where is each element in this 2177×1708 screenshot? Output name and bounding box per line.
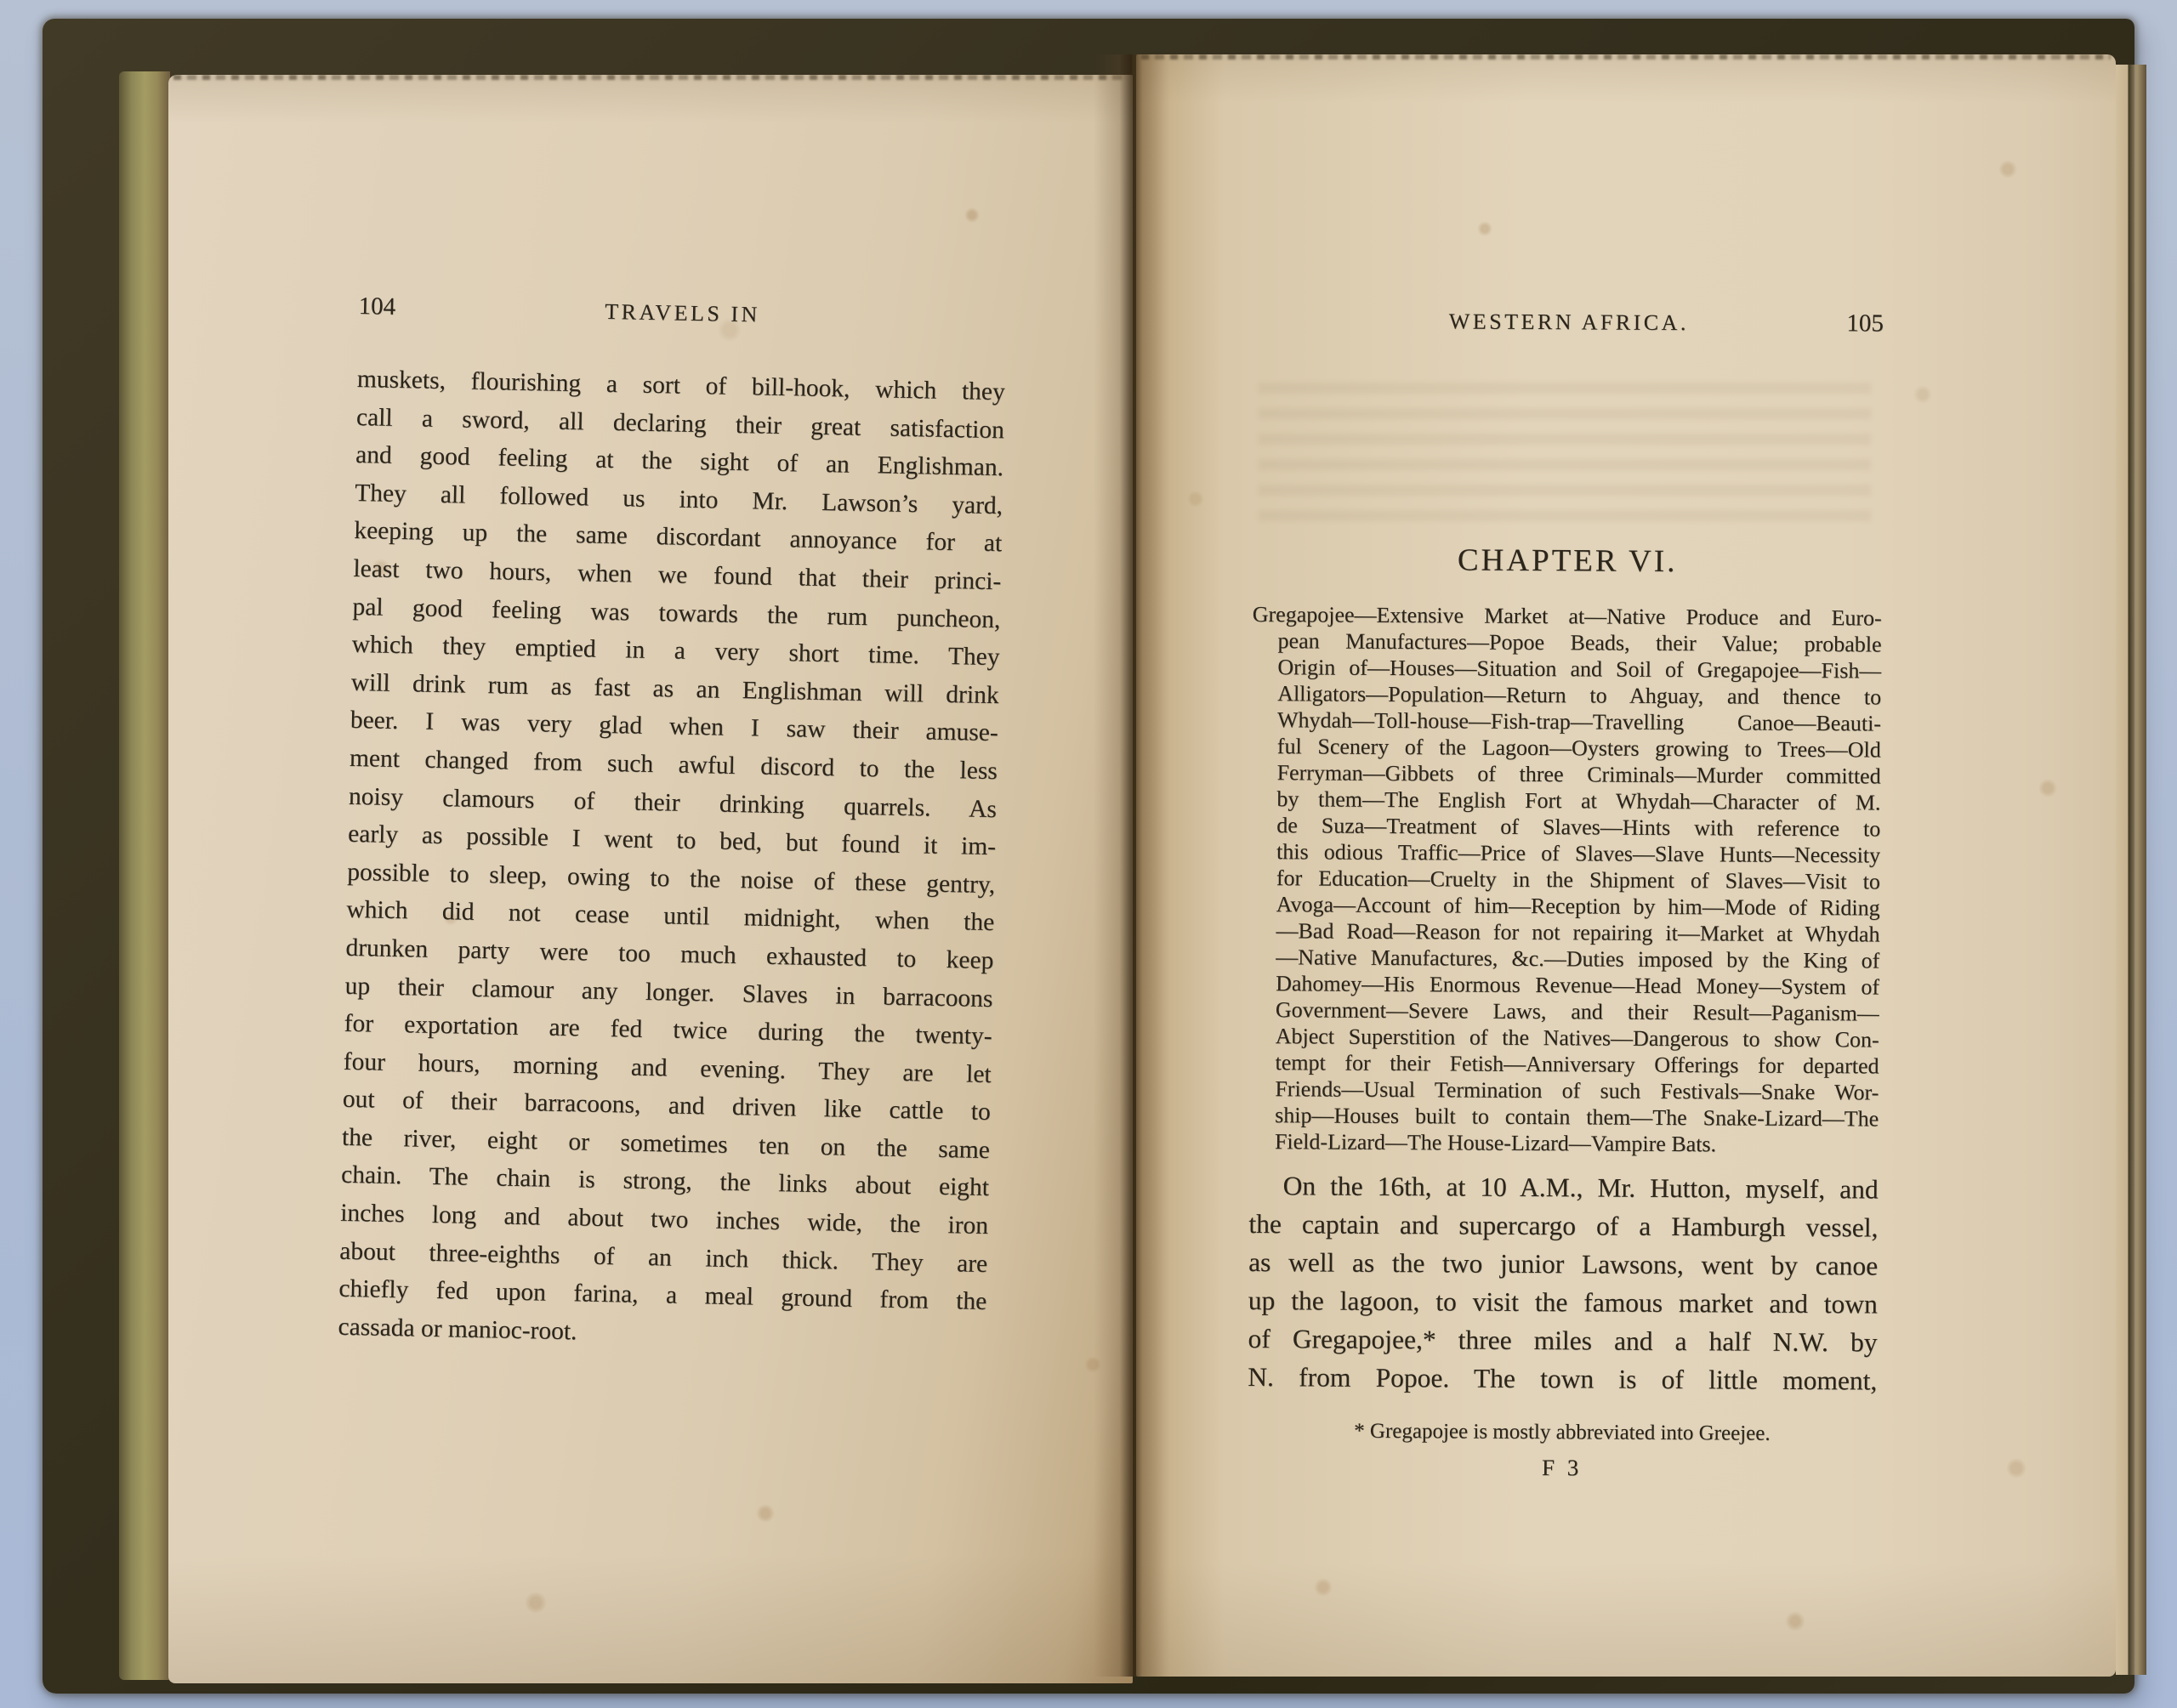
text-line: Government—Severe Laws, and their Result… (1250, 996, 1879, 1027)
page-edges-right (2116, 65, 2146, 1675)
text-line: as well as the two junior Lawsons, went … (1248, 1243, 1878, 1285)
signature-mark: F 3 (1248, 1453, 1877, 1484)
photo-background: 104 TRAVELS IN muskets, flourishing a so… (0, 0, 2177, 1708)
text-line: N. from Popoe. The town is of little mom… (1248, 1358, 1877, 1400)
text-line: this odious Traffic—Price of Slaves—Slav… (1251, 838, 1880, 869)
left-page-content: 104 TRAVELS IN muskets, flourishing a so… (338, 292, 1007, 1359)
text-line: —Native Manufactures, &c.—Duties imposed… (1250, 944, 1879, 974)
text-line: by them—The English Fort at Whydah—Chara… (1251, 786, 1880, 816)
text-line: —Bad Road—Reason for not repairing it—Ma… (1250, 917, 1879, 948)
text-line: pean Manufactures—Popoe Beads, their Val… (1253, 627, 1882, 658)
left-running-title: TRAVELS IN (605, 299, 760, 328)
text-line: ship—Houses built to contain them—The Sn… (1249, 1102, 1879, 1132)
right-page-number: 105 (1846, 309, 1884, 338)
text-line: Gregapojee—Extensive Market at—Native Pr… (1253, 601, 1882, 632)
text-line: Alligators—Population—Return to Ahguay, … (1252, 680, 1881, 711)
book-cover: 104 TRAVELS IN muskets, flourishing a so… (43, 19, 2134, 1694)
left-page-body: muskets, flourishing a sort of bill-hook… (338, 360, 1005, 1359)
text-line: tempt for their Fetish—Anniversary Offer… (1249, 1049, 1879, 1080)
text-line: Field-Lizard—The House-Lizard—Vampire Ba… (1249, 1128, 1879, 1159)
text-line: Avoga—Account of him—Reception by him—Mo… (1251, 891, 1880, 922)
page-edges-left (119, 71, 170, 1680)
right-page-body: On the 16th, at 10 A.M., Mr. Hutton, mys… (1248, 1166, 1879, 1400)
text-line: Origin of—Houses—Situation and Soil of G… (1252, 654, 1881, 684)
text-line: the captain and supercargo of a Hamburgh… (1248, 1205, 1878, 1247)
text-line: de Suza—Treatment of Slaves—Hints with r… (1251, 812, 1880, 843)
chapter-heading: CHAPTER VI. (1253, 541, 1882, 582)
left-page-number: 104 (358, 292, 395, 321)
footnote: * Gregapojee is mostly abbreviated into … (1248, 1419, 1877, 1447)
text-line: ful Scenery of the Lagoon—Oysters growin… (1252, 733, 1881, 763)
text-line: Friends—Usual Termination of such Festiv… (1249, 1075, 1879, 1106)
text-line: for Education—Cruelty in the Shipment of… (1251, 865, 1880, 895)
text-line: of Gregapojee,* three miles and a half N… (1248, 1319, 1877, 1362)
text-line: Ferryman—Gibbets of three Criminals—Murd… (1252, 759, 1881, 790)
right-running-title: WESTERN AFRICA. (1449, 309, 1689, 336)
text-line: On the 16th, at 10 A.M., Mr. Hutton, mys… (1249, 1166, 1879, 1209)
right-page-content: WESTERN AFRICA. 105 CHAPTER VI. Gregapoj… (1248, 306, 1884, 1483)
header-spacer (760, 321, 1007, 326)
chapter-summary: Gregapojee—Extensive Market at—Native Pr… (1249, 601, 1882, 1159)
text-line: up the lagoon, to visit the famous marke… (1248, 1281, 1878, 1324)
text-line: Whydah—Toll-house—Fish-trap—Travelling C… (1252, 706, 1881, 737)
header-spacer (1254, 327, 1449, 328)
book-gutter (1094, 54, 1170, 1677)
text-line: Dahomey—His Enormous Revenue—Head Money—… (1250, 970, 1879, 1001)
right-running-header: WESTERN AFRICA. 105 (1254, 306, 1884, 341)
text-line: Abject Superstition of the Natives—Dange… (1250, 1023, 1879, 1053)
